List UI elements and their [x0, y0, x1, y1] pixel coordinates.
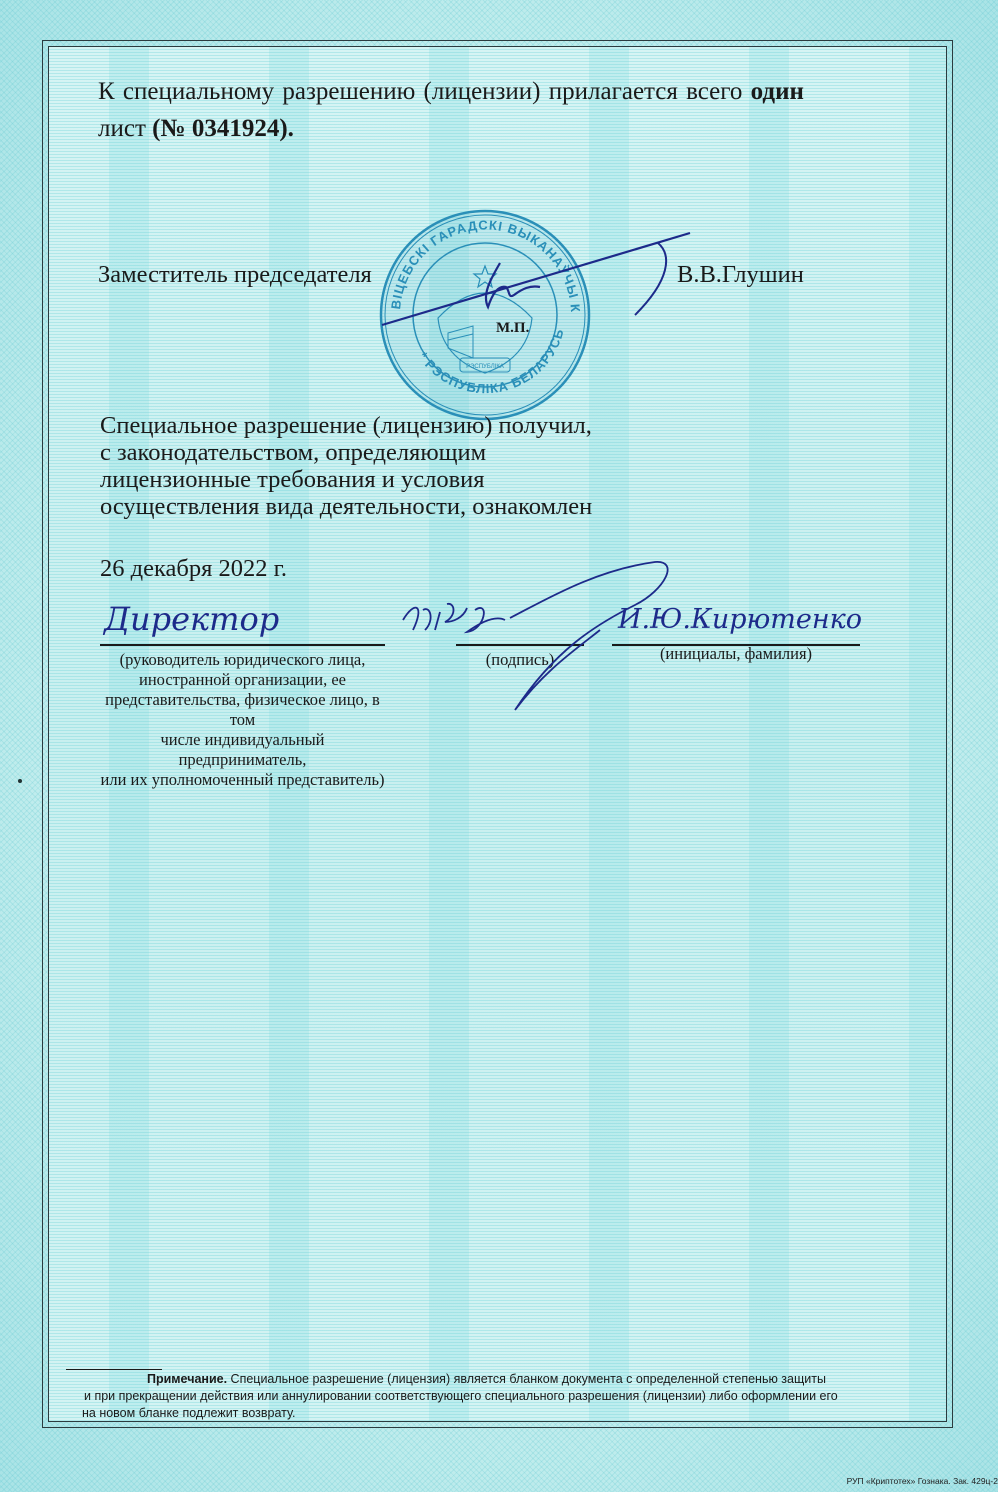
caption-line: иностранной организации, ее [100, 670, 385, 690]
intro-line-1: К специальному разрешению (лицензии) при… [98, 78, 804, 106]
issue-date: 26 декабря 2022 г. [100, 554, 287, 584]
issuer-position: Заместитель председателя [98, 260, 372, 290]
scan-speck [18, 779, 22, 783]
issuer-signature-icon [380, 225, 700, 335]
footnote-text: Специальное разрешение (лицензия) являет… [227, 1372, 826, 1386]
printer-mark: РУП «Криптотех» Гознака. Зак. 429ц-2 [847, 1476, 998, 1486]
svg-text:РЭСПУБЛІКА: РЭСПУБЛІКА [466, 364, 504, 370]
acknowledgement-line: лицензионные требования и условия [100, 466, 592, 493]
intro-text-2: лист [98, 115, 152, 142]
acknowledgement-text: Специальное разрешение (лицензию) получи… [100, 412, 592, 520]
position-caption: (руководитель юридического лица, иностра… [100, 650, 385, 790]
recipient-signature-icon [395, 560, 695, 720]
caption-line: или их уполномоченный представитель) [100, 770, 385, 790]
caption-line: представительства, физическое лицо, в то… [100, 690, 385, 730]
caption-line: числе индивидуальный предприниматель, [100, 730, 385, 770]
footnote-rule [66, 1369, 162, 1370]
footnote-line-3: на новом бланке подлежит возврату. [82, 1405, 296, 1422]
sheet-number: (№ 0341924). [152, 115, 294, 142]
recipient-position-handwritten: Директор [104, 600, 279, 638]
intro-text: К специальному разрешению (лицензии) при… [98, 78, 751, 105]
footnote-line-1: Примечание. Специальное разрешение (лице… [147, 1371, 826, 1388]
footnote-label: Примечание. [147, 1372, 227, 1386]
name-caption: (инициалы, фамилия) [612, 644, 860, 664]
sheet-count: один [751, 78, 804, 105]
recipient-name-handwritten: И.Ю.Кирютенко [618, 604, 862, 635]
acknowledgement-line: Специальное разрешение (лицензию) получи… [100, 412, 592, 439]
intro-line-2: лист (№ 0341924). [98, 115, 294, 143]
acknowledgement-line: осуществления вида деятельности, ознаком… [100, 493, 592, 520]
position-line [100, 644, 385, 646]
caption-line: (руководитель юридического лица, [100, 650, 385, 670]
footnote-line-2: и при прекращении действия или аннулиров… [84, 1388, 838, 1405]
acknowledgement-line: с законодательством, определяющим [100, 439, 592, 466]
